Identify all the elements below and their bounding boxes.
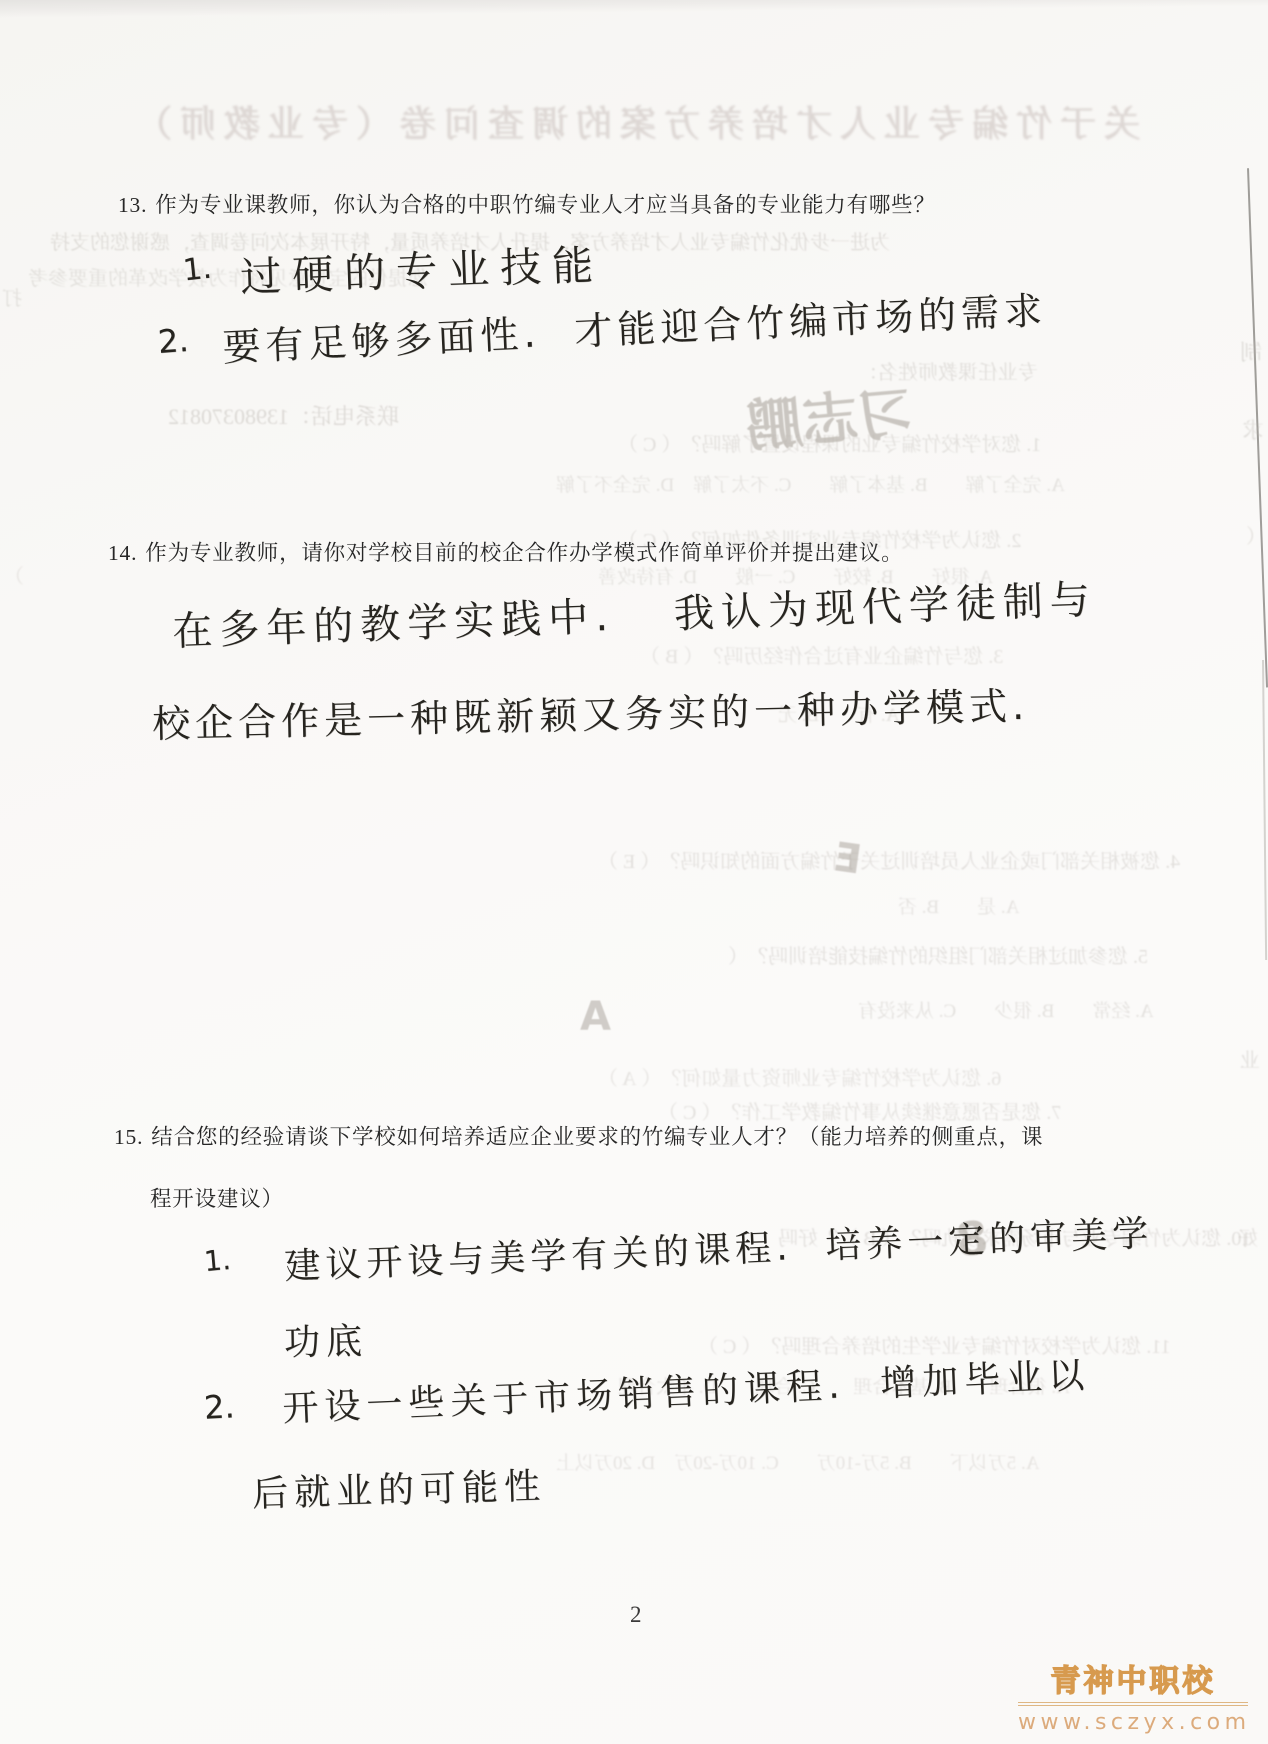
question-15-text-line-2: 程开设建议） <box>150 1182 284 1213</box>
bleedthrough-fragment: 制 <box>1240 336 1262 367</box>
bleedthrough-fragment: A. 5万以下 B. 5万-10万 C. 10万-20万 D. 20万以上 <box>556 1448 1039 1475</box>
question-13-text: 作为专业课教师，你认为合格的中职竹编专业人才应当具备的专业能力有哪些？ <box>155 193 936 217</box>
watermark-school-name: 青神中职校 <box>1018 1656 1248 1700</box>
scan-top-shadow <box>0 0 1268 18</box>
bleedthrough-fragment: 3. 您与竹编企业有过合作经历吗？（ B ） <box>640 640 1003 669</box>
bleedthrough-fragment: 联系电话：13980370812 <box>168 400 399 431</box>
bleedthrough-fragment: 1. 您对学校竹编专业的课程设置了解吗？（ C ） <box>618 428 1041 457</box>
page-number: 2 <box>630 1602 642 1628</box>
bleedthrough-fragment: 打 <box>2 282 22 311</box>
bleedthrough-fragment: A. 经常 B. 很少 C. 从来没有 <box>858 996 1154 1023</box>
answer-13-item-2-marker: 2. <box>157 321 190 361</box>
bleedthrough-fragment: A <box>580 994 611 1040</box>
bleedthrough-fragment: ） <box>4 560 24 589</box>
answer-15-item-2-marker: 2. <box>203 1387 235 1427</box>
watermark-rule-top <box>1018 1702 1248 1704</box>
watermark-url: www.sczyx.com <box>1018 1710 1248 1735</box>
bleedthrough-fragment: E <box>831 834 864 883</box>
answer-14-line-2: 校企合作是一种既新颖又务实的一种办学模式. <box>152 675 1030 748</box>
question-14-text: 作为专业教师，请你对学校目前的校企合作办学模式作简单评价并提出建议。 <box>145 541 903 565</box>
answer-15-item-2-line-2: 后就业的可能性 <box>251 1458 546 1517</box>
scan-right-page-edge-lower <box>1262 660 1267 960</box>
question-15-number: 15. <box>114 1125 143 1149</box>
answer-13-item-1-text: 过硬的专业技能 <box>239 232 605 304</box>
bleedthrough-fragment: 好 <box>1238 1222 1258 1251</box>
question-13: 13.作为专业课教师，你认为合格的中职竹编专业人才应当具备的专业能力有哪些？ <box>118 188 936 219</box>
answer-15-item-1-marker: 1. <box>203 1243 232 1278</box>
answer-15-item-1-line-1: 建议开设与美学有关的课程. 培养一定的审美学 <box>283 1205 1154 1289</box>
bleedthrough-fragment: 6. 您认为学校竹编专业师资力量如何？（ A ） <box>598 1062 1001 1091</box>
question-14: 14.作为专业教师，请你对学校目前的校企合作办学模式作简单评价并提出建议。 <box>108 536 904 567</box>
bleedthrough-fragment: 业 <box>1240 1044 1260 1073</box>
watermark-rule-bottom <box>1018 1705 1248 1707</box>
bleedthrough-fragment: A. 是 B. 否 <box>898 892 1019 919</box>
scanned-questionnaire-page: 关于竹编专业人才培养方案的调查问卷（专业教师） 为进一步优化竹编专业人才培养方案… <box>0 0 1268 1744</box>
answer-13-item-1-marker: 1. <box>181 251 213 289</box>
question-14-number: 14. <box>108 541 137 565</box>
bleedthrough-fragment: 求 <box>1242 414 1264 445</box>
question-13-number: 13. <box>118 193 147 217</box>
bleedthrough-fragment: A. 完全了解 B. 基本了解 C. 不太了解 D. 完全不了解 <box>556 470 1065 497</box>
question-15-text-line-1: 结合您的经验请谈下学校如何培养适应企业要求的竹编专业人才？（能力培养的侧重点，课 <box>151 1125 1043 1149</box>
answer-15-item-1-line-2: 功底 <box>284 1313 369 1365</box>
bleedthrough-fragment: （ <box>1246 520 1266 549</box>
bleedthrough-title: 关于竹编专业人才培养方案的调查问卷（专业教师） <box>0 96 1268 147</box>
site-watermark: 青神中职校 www.sczyx.com <box>1018 1656 1248 1735</box>
question-15: 15.结合您的经验请谈下学校如何培养适应企业要求的竹编专业人才？（能力培养的侧重… <box>114 1120 1043 1151</box>
bleedthrough-fragment: 5. 您参加过相关部门组织的竹编技能培训吗？（ <box>728 940 1148 969</box>
bleedthrough-fragment: 4. 您被相关部门或企业人员培训过关于竹编方面的知识吗？（ E ） <box>598 845 1180 874</box>
answer-15-item-2-line-1: 开设一些关于市场销售的课程. 增加毕业以 <box>281 1347 1091 1432</box>
